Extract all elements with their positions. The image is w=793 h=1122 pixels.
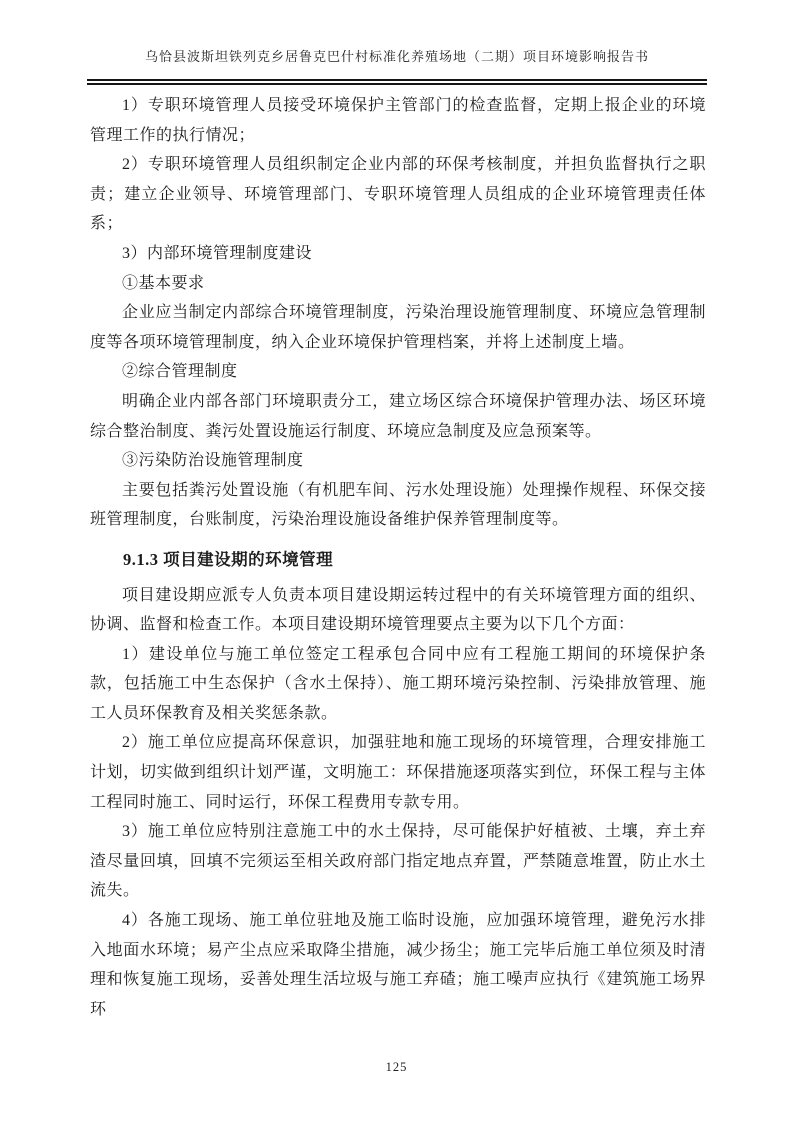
page-footer: 125	[0, 1058, 793, 1076]
paragraph: 1）建设单位与施工单位签定工程承包合同中应有工程施工期间的环境保护条款，包括施工…	[90, 640, 706, 729]
paragraph: ①基本要求	[90, 269, 706, 299]
page-header: 乌恰县波斯坦铁列克乡居鲁克巴什村标准化养殖场地（二期）项目环境影响报告书	[87, 48, 707, 85]
paragraph: 2）专职环境管理人员组织制定企业内部的环保考核制度，并担负监督执行之职责；建立企…	[90, 150, 706, 239]
section-heading: 9.1.3 项目建设期的环境管理	[90, 545, 706, 575]
paragraph: ③污染防治设施管理制度	[90, 446, 706, 476]
paragraph: 主要包括粪污处置设施（有机肥车间、污水处理设施）处理操作规程、环保交接班管理制度…	[90, 476, 706, 535]
paragraph: 3）内部环境管理制度建设	[90, 239, 706, 269]
paragraph: 3）施工单位应特别注意施工中的水土保持，尽可能保护好植被、土壤，弃土弃渣尽量回填…	[90, 817, 706, 906]
paragraph: 企业应当制定内部综合环境管理制度，污染治理设施管理制度、环境应急管理制度等各项环…	[90, 298, 706, 357]
paragraph: 4）各施工现场、施工单位驻地及施工临时设施，应加强环境管理，避免污水排入地面水环…	[90, 906, 706, 1024]
document-page: 乌恰县波斯坦铁列克乡居鲁克巴什村标准化养殖场地（二期）项目环境影响报告书 1）专…	[0, 0, 793, 1122]
paragraph: 项目建设期应派专人负责本项目建设期运转过程中的有关环境管理方面的组织、协调、监督…	[90, 581, 706, 640]
header-divider	[87, 79, 707, 85]
page-number: 125	[386, 1060, 408, 1074]
paragraph: 2）施工单位应提高环保意识，加强驻地和施工现场的环境管理，合理安排施工计划，切实…	[90, 728, 706, 817]
paragraph: 1）专职环境管理人员接受环境保护主管部门的检查监督，定期上报企业的环境管理工作的…	[90, 91, 706, 150]
document-body: 1）专职环境管理人员接受环境保护主管部门的检查监督，定期上报企业的环境管理工作的…	[90, 91, 706, 1024]
paragraph: 明确企业内部各部门环境职责分工，建立场区综合环境保护管理办法、场区环境综合整治制…	[90, 387, 706, 446]
paragraph: ②综合管理制度	[90, 357, 706, 387]
document-title: 乌恰县波斯坦铁列克乡居鲁克巴什村标准化养殖场地（二期）项目环境影响报告书	[87, 48, 707, 65]
